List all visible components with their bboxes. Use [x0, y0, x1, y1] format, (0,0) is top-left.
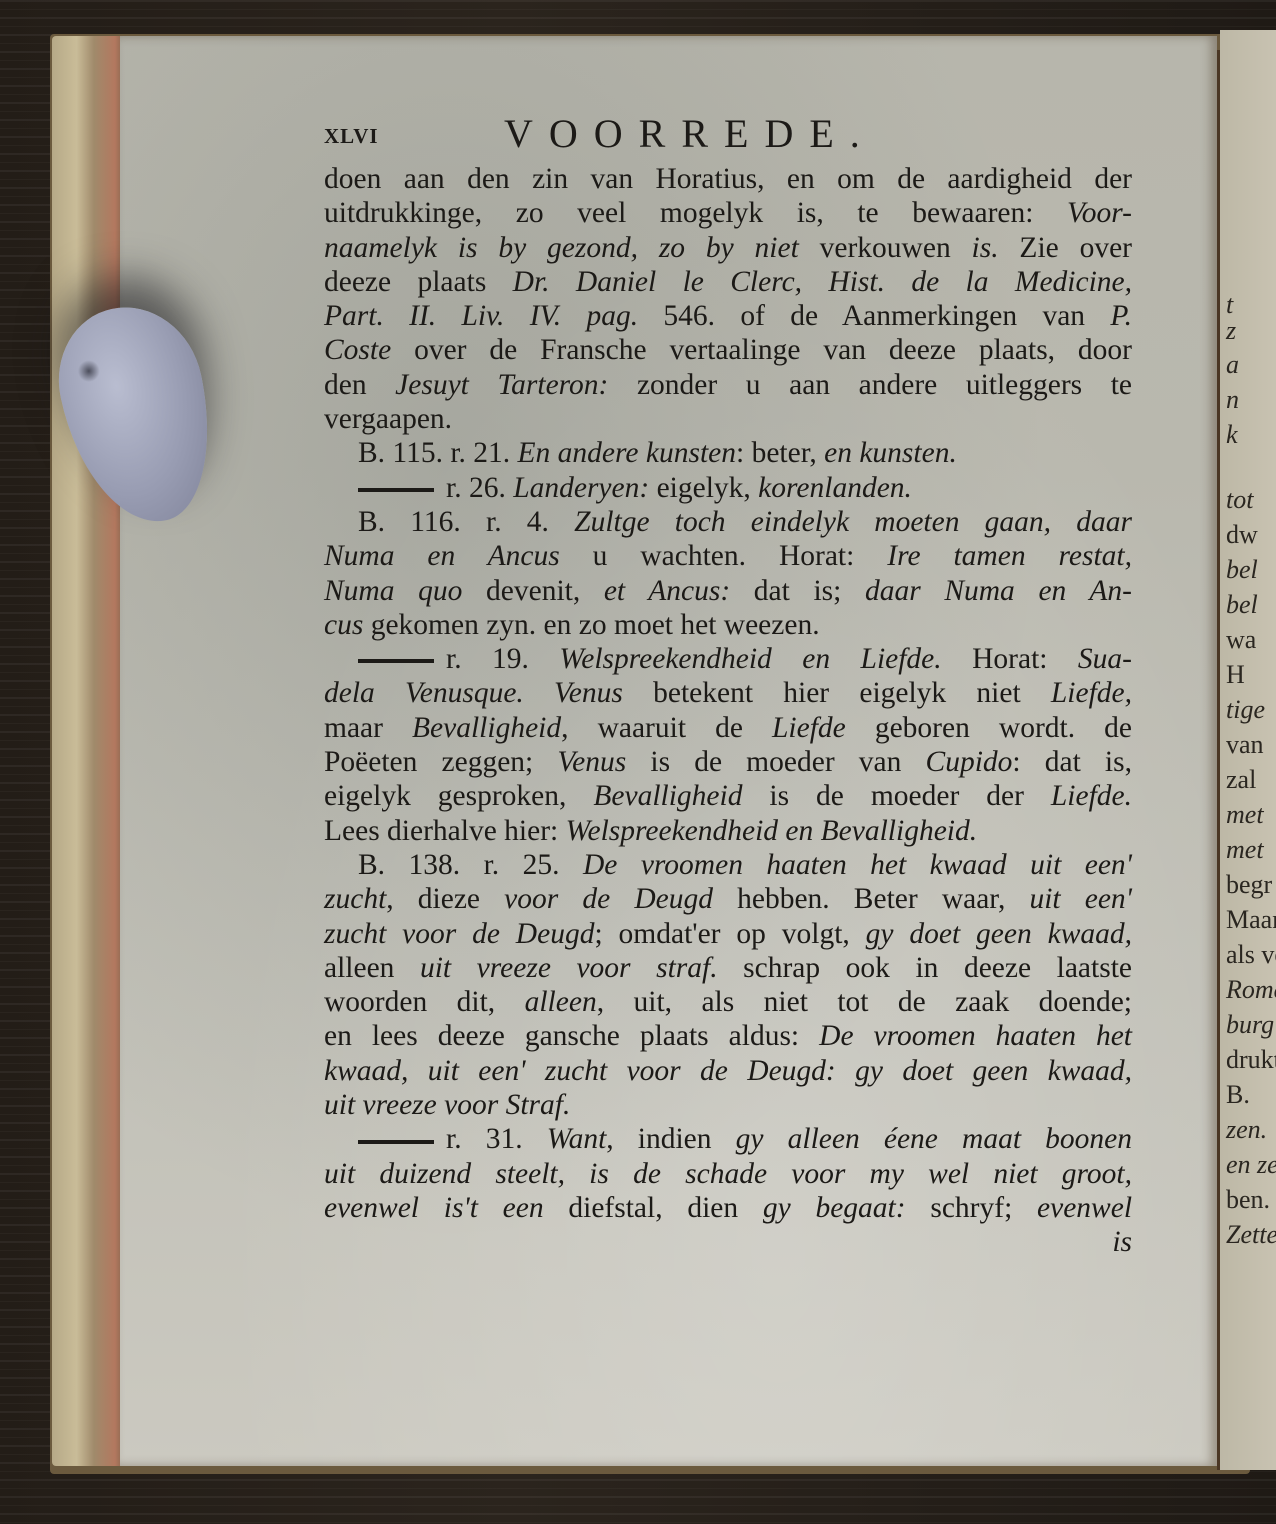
text-segment: 546. of de Aanmerkingen van [638, 300, 1110, 332]
text-segment: eigelyk gesproken, [324, 780, 593, 812]
italic-segment: gy doet geen kwaad, [866, 918, 1132, 950]
italic-segment: Want [547, 1123, 607, 1155]
text-segment: schrap ook in deeze laatste [718, 952, 1132, 984]
text-segment: den [324, 369, 395, 401]
ditto-dash [358, 488, 434, 492]
text-line: r. 19. Welspreekendheid en Liefde. Horat… [324, 642, 1132, 676]
page-number: XLVI [324, 124, 379, 149]
text-segment: doen aan den zin van Horatius, en om de … [324, 163, 1132, 195]
facing-page-text-fragment: drukt [1226, 1045, 1276, 1075]
text-segment: , indien [606, 1123, 735, 1155]
italic-segment: Liefde. [1051, 780, 1132, 812]
facing-page-text-fragment: tige [1226, 695, 1265, 725]
facing-page-text-fragment: bel [1226, 555, 1258, 585]
italic-segment: evenwel is't een [324, 1192, 544, 1224]
text-line: dela Venusque. Venus betekent hier eigel… [324, 676, 1132, 710]
italic-segment: Ire tamen restat, [887, 540, 1132, 572]
facing-page-text-fragment: Rome [1226, 975, 1276, 1005]
text-line: r. 31. Want, indien gy alleen éene maat … [324, 1122, 1132, 1156]
facing-page-text-fragment: z [1226, 316, 1236, 346]
text-segment: eigelyk, [649, 472, 758, 504]
facing-page-text-fragment: dw [1226, 520, 1258, 550]
text-segment: alleen [324, 952, 420, 984]
body-text: doen aan den zin van Horatius, en om de … [324, 162, 1132, 1225]
text-segment: Horat: [942, 643, 1078, 675]
text-segment: deeze plaats [324, 266, 513, 298]
italic-segment: Sua- [1078, 643, 1132, 675]
text-line: woorden dit, alleen, uit, als niet tot d… [324, 985, 1132, 1019]
italic-segment: De vroomen haaten het kwaad uit een' [583, 849, 1132, 881]
text-line: uitdrukkinge, zo veel mogelyk is, te bew… [324, 196, 1132, 230]
italic-segment: uit vreeze voor straf. [420, 952, 718, 984]
text-segment: woorden dit, [324, 986, 525, 1018]
text-line: Poëeten zeggen; Venus is de moeder van C… [324, 745, 1132, 779]
italic-segment: Liefde, [1051, 677, 1132, 709]
italic-segment: Landeryen: [513, 472, 649, 504]
italic-segment: uit duizend steelt, is de schade voor my… [324, 1158, 1132, 1190]
italic-segment: zucht [324, 883, 386, 915]
text-line: Numa quo devenit, et Ancus: dat is; daar… [324, 574, 1132, 608]
facing-page-text-fragment: wa [1226, 625, 1256, 655]
text-segment: : beter, [736, 437, 824, 469]
italic-segment: gy begaat: [763, 1192, 906, 1224]
ditto-dash [358, 659, 434, 663]
text-line: eigelyk gesproken, Bevalligheid is de mo… [324, 779, 1132, 813]
catchword: is [324, 1225, 1132, 1259]
italic-segment: cus [324, 609, 363, 641]
italic-segment: Part. II. Liv. IV. pag. [324, 300, 638, 332]
text-segment: Zie over [999, 232, 1132, 264]
italic-segment: gy alleen éene maat boonen [736, 1123, 1132, 1155]
text-segment: betekent hier eigelyk niet [623, 677, 1051, 709]
facing-page-text-fragment: tot [1226, 485, 1253, 515]
italic-segment: Dr. Daniel le Clerc, Hist. de la Medicin… [513, 266, 1132, 298]
text-line: maar Bevalligheid, waaruit de Liefde geb… [324, 711, 1132, 745]
facing-page-text-fragment: van [1226, 730, 1264, 760]
page-title: VOORREDE. [504, 110, 876, 157]
page-text-block: XLVI VOORREDE. doen aan den zin van Hora… [324, 110, 1132, 1260]
italic-segment: En andere kunsten [518, 437, 736, 469]
text-segment: Poëeten zeggen; [324, 746, 557, 778]
text-segment: en lees deeze gansche plaats aldus: [324, 1020, 819, 1052]
text-line: evenwel is't een diefstal, dien gy begaa… [324, 1191, 1132, 1225]
text-segment: ; omdat'er op volgt, [594, 918, 865, 950]
text-line: cus gekomen zyn. en zo moet het weezen. [324, 608, 1132, 642]
text-segment: , uit, als niet tot de zaak doende; [597, 986, 1132, 1018]
text-segment: over de Fransche vertaalinge van deeze p… [391, 334, 1132, 366]
facing-page-text-fragment: bel [1226, 590, 1258, 620]
italic-segment: Welspreekendheid en Bevalligheid. [566, 815, 978, 847]
text-segment: B. 138. r. 25. [358, 849, 583, 881]
facing-page-text-fragment: ben. [1226, 1185, 1270, 1215]
text-line: doen aan den zin van Horatius, en om de … [324, 162, 1132, 196]
italic-segment: naamelyk is by gezond, zo by niet [324, 232, 799, 264]
italic-segment: alleen [525, 986, 597, 1018]
text-line: Lees dierhalve hier: Welspreekendheid en… [324, 814, 1132, 848]
text-segment: , dieze [386, 883, 504, 915]
text-segment: Lees dierhalve hier: [324, 815, 566, 847]
facing-page-text-fragment: als vo [1226, 940, 1276, 970]
facing-page-edge: tzanktotdwbelbelwaHtigevanzalmetmetbegrM… [1220, 30, 1276, 1470]
ditto-dash [358, 1140, 434, 1144]
facing-page-text-fragment: a [1226, 350, 1239, 380]
text-segment: schryf; [906, 1192, 1037, 1224]
italic-segment: Coste [324, 334, 391, 366]
italic-segment: Voor- [1067, 197, 1132, 229]
italic-segment: Numa en Ancus [324, 540, 560, 572]
facing-page-text-fragment: met [1226, 800, 1264, 830]
facing-page-text-fragment: n [1226, 385, 1239, 415]
text-segment: maar [324, 712, 412, 744]
text-segment: B. 116. r. 4. [358, 506, 574, 538]
text-segment: uitdrukkinge, zo veel mogelyk is, te bew… [324, 197, 1067, 229]
facing-page-text-fragment: zal [1226, 765, 1256, 795]
italic-segment: Bevalligheid [412, 712, 561, 744]
text-line: kwaad, uit een' zucht voor de Deugd: gy … [324, 1054, 1132, 1088]
italic-segment: en kunsten. [824, 437, 957, 469]
italic-segment: uit vreeze voor Straf. [324, 1089, 570, 1121]
italic-segment: uit een' [1029, 883, 1132, 915]
text-line: naamelyk is by gezond, zo by niet verkou… [324, 231, 1132, 265]
page-block-edge [52, 36, 122, 1466]
text-segment: hebben. Beter waar, [713, 883, 1029, 915]
text-segment: , waaruit de [561, 712, 772, 744]
text-segment: : dat is, [1012, 746, 1132, 778]
italic-segment: Jesuyt Tarteron: [395, 369, 608, 401]
running-head: XLVI VOORREDE. [324, 110, 1132, 156]
text-line: en lees deeze gansche plaats aldus: De v… [324, 1019, 1132, 1053]
stone-pit [76, 358, 102, 384]
text-segment: verkouwen [799, 232, 972, 264]
italic-segment: De vroomen haaten het [819, 1020, 1132, 1052]
text-line: uit duizend steelt, is de schade voor my… [324, 1157, 1132, 1191]
text-segment: geboren wordt. de [846, 712, 1132, 744]
italic-segment: is. [972, 232, 999, 264]
text-line: B. 138. r. 25. De vroomen haaten het kwa… [324, 848, 1132, 882]
facing-page-text-fragment: Zetter [1226, 1220, 1276, 1250]
text-segment: vergaapen. [324, 403, 452, 435]
text-line: den Jesuyt Tarteron: zonder u aan andere… [324, 368, 1132, 402]
italic-segment: Bevalligheid [593, 780, 742, 812]
text-line: r. 26. Landeryen: eigelyk, korenlanden. [324, 471, 1132, 505]
text-line: Numa en Ancus u wachten. Horat: Ire tame… [324, 539, 1132, 573]
facing-page-text-fragment: zen. [1226, 1115, 1267, 1145]
text-line: alleen uit vreeze voor straf. schrap ook… [324, 951, 1132, 985]
facing-page-text-fragment: k [1226, 420, 1238, 450]
italic-segment: daar Numa en An- [865, 575, 1132, 607]
italic-segment: Zultge toch eindelyk moeten gaan, daar [574, 506, 1132, 538]
text-line: zucht voor de Deugd; omdat'er op volgt, … [324, 917, 1132, 951]
italic-segment: P. [1110, 300, 1132, 332]
text-segment: devenit, [462, 575, 603, 607]
facing-page-text-fragment: begr [1226, 870, 1272, 900]
italic-segment: et Ancus: [604, 575, 730, 607]
text-segment: zonder u aan andere uitleggers te [608, 369, 1132, 401]
text-segment: is de moeder der [742, 780, 1050, 812]
text-segment: B. 115. r. 21. [358, 437, 518, 469]
facing-page-text-fragment: met [1226, 835, 1264, 865]
italic-segment: Liefde [772, 712, 846, 744]
text-line: Coste over de Fransche vertaalinge van d… [324, 333, 1132, 367]
text-segment: diefstal, dien [544, 1192, 763, 1224]
text-line: uit vreeze voor Straf. [324, 1088, 1132, 1122]
text-segment: gekomen zyn. en zo moet het weezen. [363, 609, 819, 641]
text-line: B. 115. r. 21. En andere kunsten: beter,… [324, 436, 1132, 470]
facing-page-text-fragment: burg [1226, 1010, 1274, 1040]
italic-segment: Cupido [926, 746, 1013, 778]
italic-segment: evenwel [1037, 1192, 1132, 1224]
italic-segment: dela Venusque. Venus [324, 677, 623, 709]
italic-segment: Numa quo [324, 575, 462, 607]
facing-page-text-fragment: Maar [1226, 905, 1276, 935]
text-line: Part. II. Liv. IV. pag. 546. of de Aanme… [324, 299, 1132, 333]
facing-page-text-fragment: B. [1226, 1080, 1250, 1110]
text-segment: u wachten. Horat: [560, 540, 888, 572]
text-segment: r. 31. [446, 1123, 547, 1155]
text-segment: r. 19. [446, 643, 559, 675]
italic-segment: voor de Deugd [504, 883, 713, 915]
text-line: vergaapen. [324, 402, 1132, 436]
text-line: zucht, dieze voor de Deugd hebben. Beter… [324, 882, 1132, 916]
text-line: deeze plaats Dr. Daniel le Clerc, Hist. … [324, 265, 1132, 299]
italic-segment: Welspreekendheid en Liefde. [559, 643, 941, 675]
italic-segment: korenlanden. [758, 472, 912, 504]
italic-segment: Venus [557, 746, 626, 778]
facing-page-text-fragment: en ze [1226, 1150, 1276, 1180]
italic-segment: kwaad, uit een' zucht voor de Deugd: gy … [324, 1055, 1132, 1087]
text-line: B. 116. r. 4. Zultge toch eindelyk moete… [324, 505, 1132, 539]
facing-page-text-fragment: H [1226, 660, 1245, 690]
text-segment: r. 26. [446, 472, 513, 504]
italic-segment: zucht voor de Deugd [324, 918, 594, 950]
text-segment: is de moeder van [626, 746, 925, 778]
text-segment: dat is; [730, 575, 865, 607]
